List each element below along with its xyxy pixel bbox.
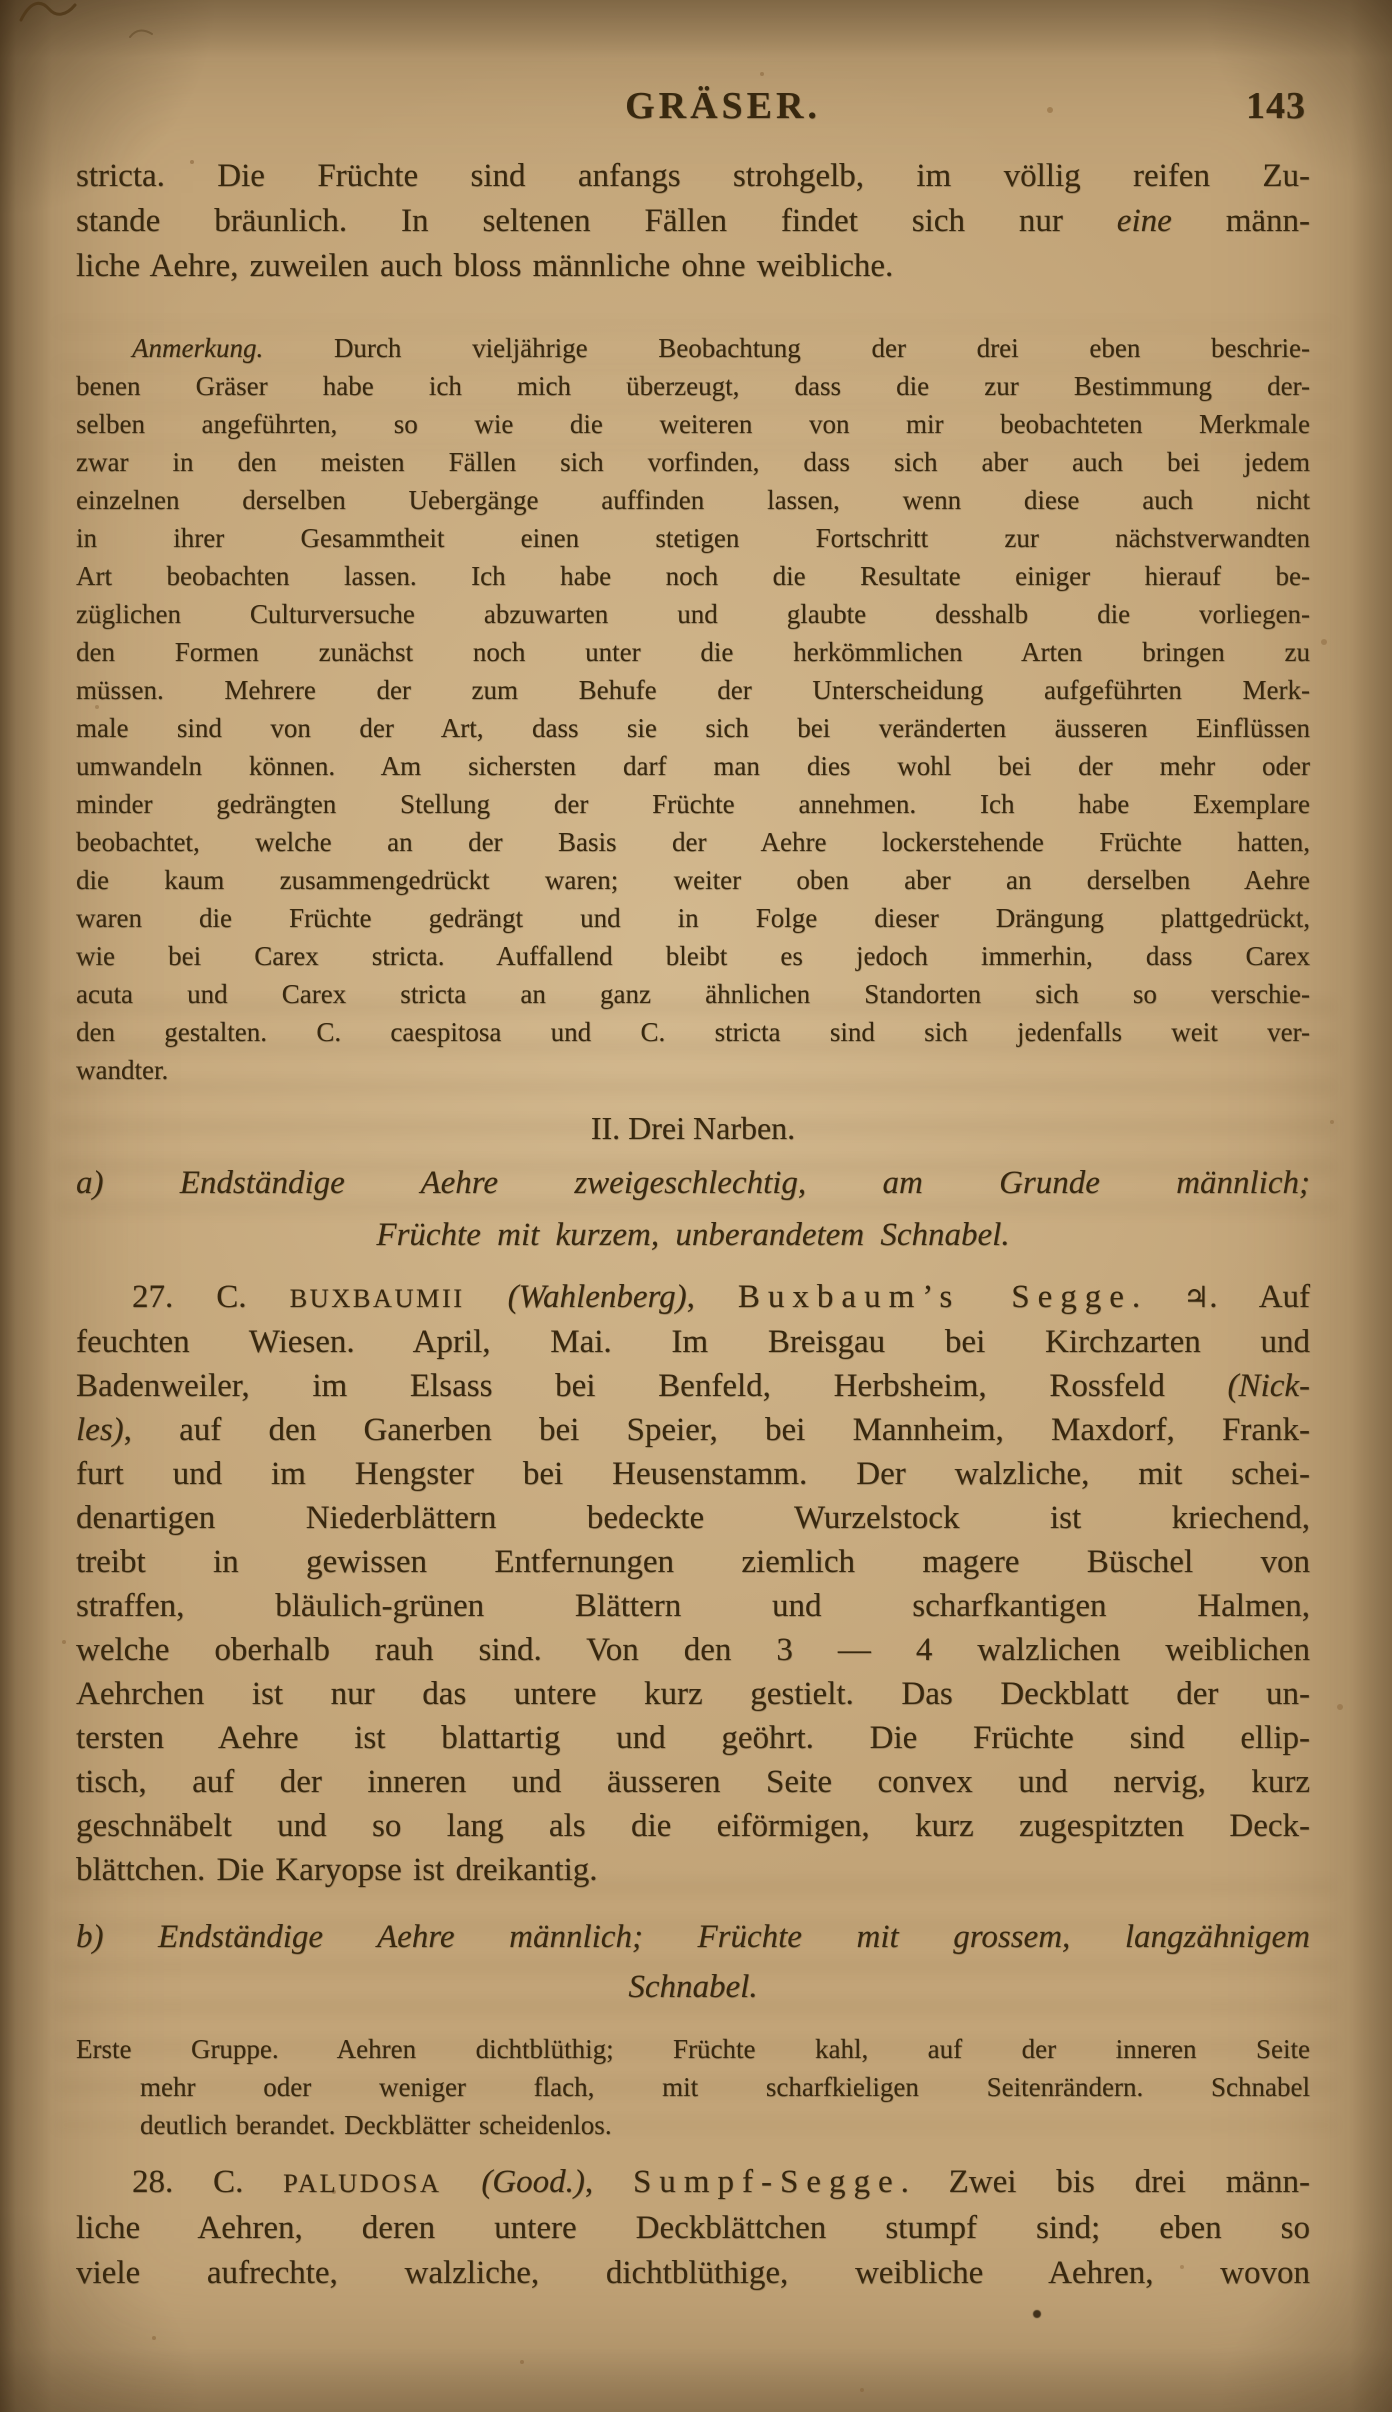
text-segment: eine (1117, 203, 1172, 239)
page-number: 143 (1246, 84, 1306, 128)
text-line: Schnabel. (76, 1962, 1310, 2012)
text-segment: Früchte mit kurzem, unberandetem Schnabe… (376, 1217, 1009, 1253)
text-segment: umwandeln können. Am sichersten darf man… (76, 751, 1310, 781)
text-segment: geschnäbelt und so lang als die eiförmig… (76, 1808, 1310, 1844)
text-segment: in ihrer Gesammtheit einen stetigen Fort… (76, 523, 1310, 553)
text-segment: Aehrchen ist nur das untere kurz gestiel… (76, 1676, 1310, 1712)
text-line: 28. C. PALUDOSA (Good.), Sumpf-Segge. Zw… (76, 2160, 1310, 2206)
text-line: Erste Gruppe. Aehren dichtblüthig; Früch… (76, 2030, 1310, 2068)
text-line: beobachtet, welche an der Basis der Aehr… (76, 823, 1310, 861)
text-line: zwar in den meisten Fällen sich vorfinde… (76, 443, 1310, 481)
text-segment: 27. C. (132, 1279, 290, 1315)
paragraph-species-28: 28. C. PALUDOSA (Good.), Sumpf-Segge. Zw… (76, 2160, 1310, 2296)
text-segment: Art beobachten lassen. Ich habe noch die… (76, 561, 1310, 591)
text-segment: les) (76, 1412, 124, 1448)
text-segment: II. Drei Narben. (591, 1110, 795, 1146)
text-segment: wie bei Carex stricta. Auffallend bleibt… (76, 941, 1310, 971)
text-segment (442, 2164, 482, 2200)
text-line: mehr oder weniger flach, mit scharfkieli… (76, 2068, 1310, 2106)
text-segment: Buxbaum’s Segge (738, 1279, 1132, 1315)
text-segment: , (585, 2164, 633, 2200)
text-line: treibt in gewissen Entfernungen ziemlich… (76, 1540, 1310, 1584)
text-line: minder gedrängten Stellung der Früchte a… (76, 785, 1310, 823)
text-line: straffen, bläulich-grünen Blättern und s… (76, 1584, 1310, 1628)
text-line: denartigen Niederblättern bedeckte Wurze… (76, 1496, 1310, 1540)
text-segment: tersten Aehre ist blattartig und geöhrt.… (76, 1720, 1310, 1756)
text-line: liche Aehre, zuweilen auch bloss männlic… (76, 244, 1310, 289)
text-segment: liche Aehren, deren untere Deckblättchen… (76, 2210, 1310, 2246)
text-line: den gestalten. C. caespitosa und C. stri… (76, 1013, 1310, 1051)
text-line: male sind von der Art, dass sie sich bei… (76, 709, 1310, 747)
text-line: einzelnen derselben Uebergänge auffinden… (76, 481, 1310, 519)
text-segment: acuta und Carex stricta an ganz ähnliche… (76, 979, 1310, 1009)
text-segment: denartigen Niederblättern bedeckte Wurze… (76, 1500, 1310, 1536)
text-segment: beobachtet, welche an der Basis der Aehr… (76, 827, 1310, 857)
text-line: züglichen Culturversuche abzuwarten und … (76, 595, 1310, 633)
text-line: acuta und Carex stricta an ganz ähnliche… (76, 975, 1310, 1013)
text-segment: mehr oder weniger flach, mit scharfkieli… (140, 2072, 1310, 2102)
text-line: Badenweiler, im Elsass bei Benfeld, Herb… (76, 1364, 1310, 1408)
text-segment: stande bräunlich. In seltenen Fällen fin… (76, 203, 1117, 239)
text-line: a) Endständige Aehre zweigeschlechtig, a… (76, 1157, 1310, 1209)
heading-section-ii: II. Drei Narben. (76, 1105, 1310, 1151)
text-segment: den gestalten. C. caespitosa und C. stri… (76, 1017, 1310, 1047)
text-line: die kaum zusammengedrückt waren; weiter … (76, 861, 1310, 899)
text-segment: feuchten Wiesen. April, Mai. Im Breisgau… (76, 1324, 1310, 1360)
text-line: Aehrchen ist nur das untere kurz gestiel… (76, 1672, 1310, 1716)
text-segment: wandter. (76, 1055, 168, 1085)
text-segment: blättchen. Die Karyopse ist dreikantig. (76, 1852, 598, 1888)
page-text: stricta. Die Früchte sind anfangs strohg… (76, 154, 1310, 2296)
pen-mark (128, 26, 154, 40)
text-segment: Erste Gruppe. Aehren dichtblüthig; Früch… (76, 2034, 1310, 2064)
text-segment: , auf den Ganerben bei Speier, bei Mannh… (124, 1412, 1310, 1448)
paragraph-stricta: stricta. Die Früchte sind anfangs strohg… (76, 154, 1310, 289)
text-line: b) Endständige Aehre männlich; Früchte m… (76, 1912, 1310, 1962)
paragraph-anmerkung: Anmerkung. Durch vieljährige Beobachtung… (76, 329, 1310, 1089)
text-segment: Durch vieljährige Beobachtung der drei e… (263, 333, 1310, 363)
text-line: wie bei Carex stricta. Auffallend bleibt… (76, 937, 1310, 975)
text-segment: PALUDOSA (283, 2168, 441, 2198)
perennial-sign-icon: ♃ (1183, 1280, 1209, 1314)
pen-mark (18, 0, 82, 30)
page-text-area: GRÄSER. 143 stricta. Die Früchte sind an… (76, 84, 1310, 2296)
text-segment: benen Gräser habe ich mich überzeugt, da… (76, 371, 1310, 401)
text-segment: Sumpf-Segge (633, 2164, 901, 2200)
heading-subsection-a: a) Endständige Aehre zweigeschlechtig, a… (76, 1157, 1310, 1261)
text-line: deutlich berandet. Deckblätter scheidenl… (76, 2106, 1310, 2144)
text-line: müssen. Mehrere der zum Behufe der Unter… (76, 671, 1310, 709)
text-line: geschnäbelt und so lang als die eiförmig… (76, 1804, 1310, 1848)
text-segment: (Wahlenberg) (508, 1279, 687, 1315)
text-line: viele aufrechte, walzliche, dichtblüthig… (76, 2251, 1310, 2296)
text-line: benen Gräser habe ich mich überzeugt, da… (76, 367, 1310, 405)
paragraph-species-27: 27. C. BUXBAUMII (Wahlenberg), Buxbaum’s… (76, 1275, 1310, 1892)
text-segment: Anmerkung. (132, 333, 263, 363)
text-line: liche Aehren, deren untere Deckblättchen… (76, 2206, 1310, 2251)
text-line: tisch, auf der inneren und äusseren Seit… (76, 1760, 1310, 1804)
page-header: GRÄSER. 143 (76, 84, 1310, 132)
text-segment: stricta. Die Früchte sind anfangs strohg… (76, 158, 1310, 194)
text-line: blättchen. Die Karyopse ist dreikantig. (76, 1848, 1310, 1892)
text-line: les), auf den Ganerben bei Speier, bei M… (76, 1408, 1310, 1452)
text-line: den Formen zunächst noch unter die herkö… (76, 633, 1310, 671)
heading-subsection-b: b) Endständige Aehre männlich; Früchte m… (76, 1912, 1310, 2012)
page-title: GRÄSER. (76, 84, 1310, 128)
text-segment: . (1132, 1279, 1183, 1315)
text-segment: (Nick- (1228, 1368, 1310, 1404)
text-segment: b) Endständige Aehre männlich; Früchte m… (76, 1919, 1310, 1955)
text-segment: müssen. Mehrere der zum Behufe der Unter… (76, 675, 1310, 705)
text-segment: (Good.) (481, 2164, 585, 2200)
text-segment: BUXBAUMII (290, 1283, 465, 1313)
text-segment: tisch, auf der inneren und äusseren Seit… (76, 1764, 1310, 1800)
text-line: waren die Früchte gedrängt und in Folge … (76, 899, 1310, 937)
text-line: welche oberhalb rauh sind. Von den 3 — 4… (76, 1628, 1310, 1672)
text-segment: straffen, bläulich-grünen Blättern und s… (76, 1588, 1310, 1624)
text-line: Anmerkung. Durch vieljährige Beobachtung… (76, 329, 1310, 367)
text-line: furt und im Hengster bei Heusenstamm. De… (76, 1452, 1310, 1496)
text-segment: viele aufrechte, walzliche, dichtblüthig… (76, 2255, 1310, 2291)
text-segment: a) Endständige Aehre zweigeschlechtig, a… (76, 1165, 1310, 1201)
text-line: stricta. Die Früchte sind anfangs strohg… (76, 154, 1310, 199)
text-line: in ihrer Gesammtheit einen stetigen Fort… (76, 519, 1310, 557)
text-line: Früchte mit kurzem, unberandetem Schnabe… (76, 1209, 1310, 1261)
text-line: feuchten Wiesen. April, Mai. Im Breisgau… (76, 1320, 1310, 1364)
text-line: Art beobachten lassen. Ich habe noch die… (76, 557, 1310, 595)
text-segment: selben angeführten, so wie die weiteren … (76, 409, 1310, 439)
text-segment: , (687, 1279, 738, 1315)
text-segment: liche Aehre, zuweilen auch bloss männlic… (76, 248, 893, 284)
text-segment: 28. C. (132, 2164, 283, 2200)
text-segment: einzelnen derselben Uebergänge auffinden… (76, 485, 1310, 515)
text-segment: furt und im Hengster bei Heusenstamm. De… (76, 1456, 1310, 1492)
text-segment: Badenweiler, im Elsass bei Benfeld, Herb… (76, 1368, 1228, 1404)
text-segment: die kaum zusammengedrückt waren; weiter … (76, 865, 1310, 895)
text-segment: minder gedrängten Stellung der Früchte a… (76, 789, 1310, 819)
text-segment: . Zwei bis drei männ- (901, 2164, 1310, 2200)
text-segment: male sind von der Art, dass sie sich bei… (76, 713, 1310, 743)
text-segment (465, 1279, 508, 1315)
text-segment: welche oberhalb rauh sind. Von den 3 — 4… (76, 1632, 1310, 1668)
paragraph-erste-gruppe: Erste Gruppe. Aehren dichtblüthig; Früch… (76, 2030, 1310, 2144)
text-line: tersten Aehre ist blattartig und geöhrt.… (76, 1716, 1310, 1760)
text-segment: zwar in den meisten Fällen sich vorfinde… (76, 447, 1310, 477)
text-segment: männ- (1172, 203, 1310, 239)
text-segment: treibt in gewissen Entfernungen ziemlich… (76, 1544, 1310, 1580)
text-line: umwandeln können. Am sichersten darf man… (76, 747, 1310, 785)
text-segment: deutlich berandet. Deckblätter scheidenl… (140, 2110, 612, 2140)
text-segment: . Auf (1209, 1279, 1310, 1315)
text-line: selben angeführten, so wie die weiteren … (76, 405, 1310, 443)
text-line: II. Drei Narben. (76, 1105, 1310, 1151)
book-page: GRÄSER. 143 stricta. Die Früchte sind an… (0, 0, 1392, 2412)
text-line: wandter. (76, 1051, 1310, 1089)
paper-speckles (0, 0, 4, 4)
text-segment: waren die Früchte gedrängt und in Folge … (76, 903, 1310, 933)
text-segment: züglichen Culturversuche abzuwarten und … (76, 599, 1310, 629)
text-line: 27. C. BUXBAUMII (Wahlenberg), Buxbaum’s… (76, 1275, 1310, 1320)
text-line: stande bräunlich. In seltenen Fällen fin… (76, 199, 1310, 244)
text-segment: den Formen zunächst noch unter die herkö… (76, 637, 1310, 667)
text-segment: Schnabel. (628, 1969, 757, 2005)
